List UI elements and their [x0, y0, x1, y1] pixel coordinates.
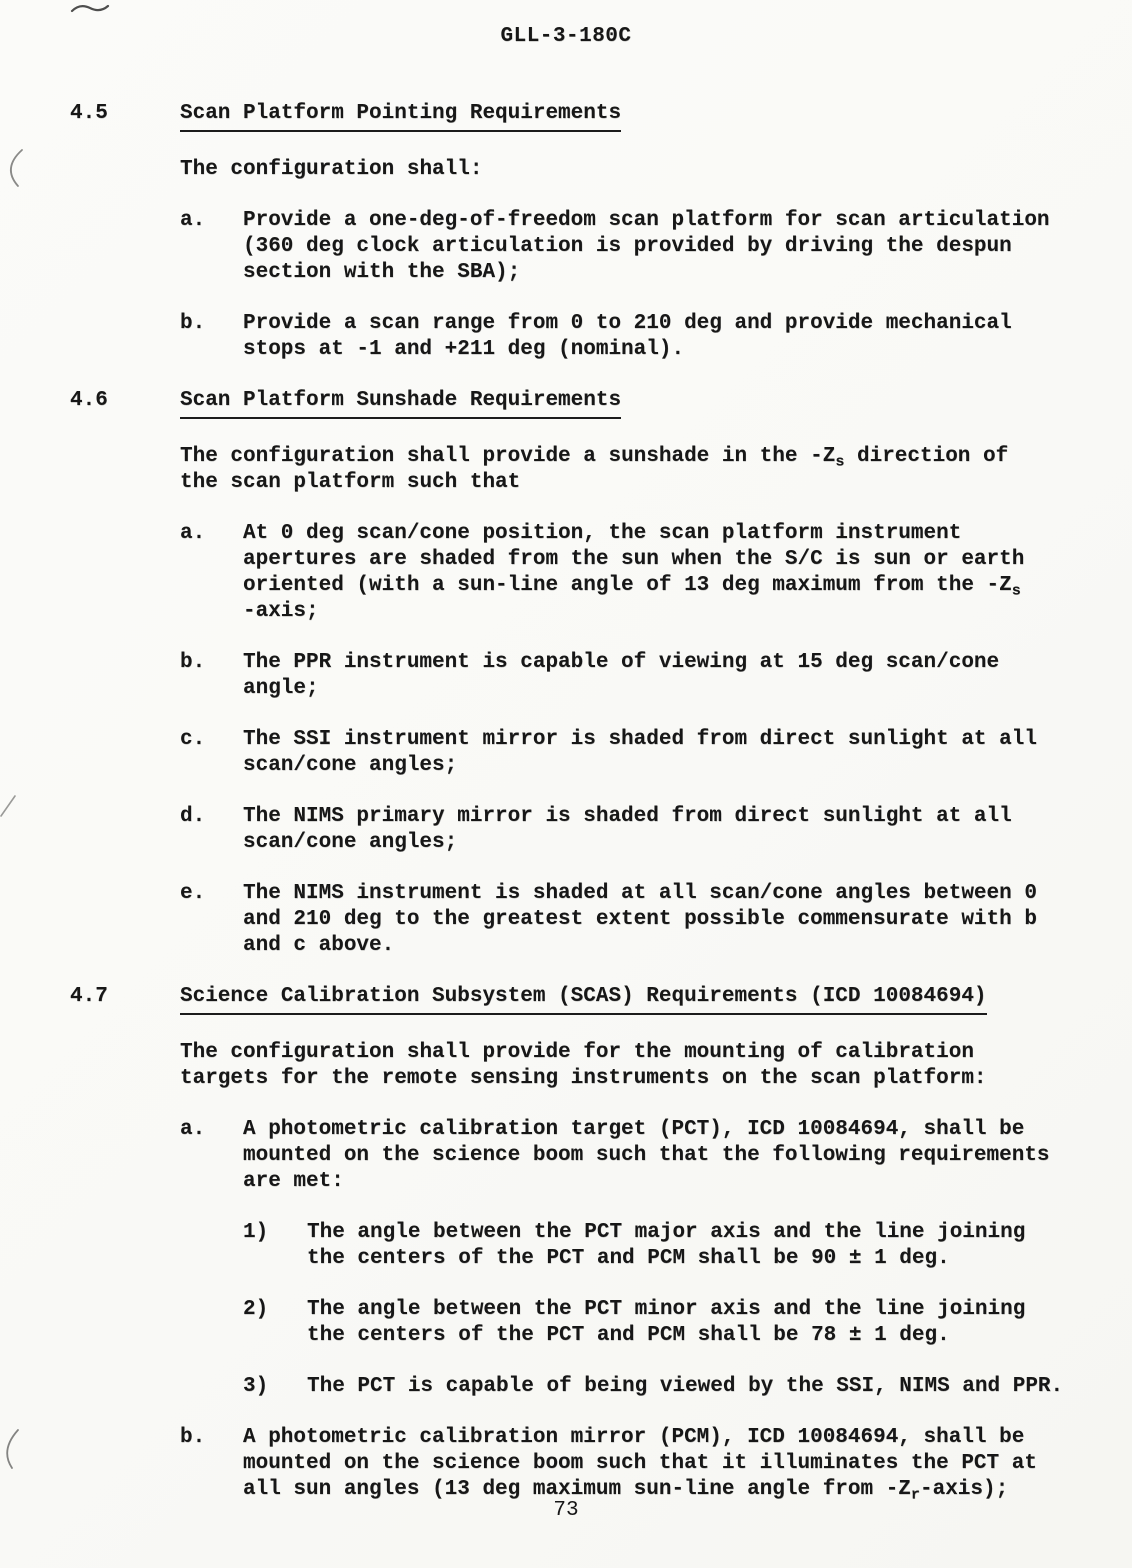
- page-curl-artifact-top: [0, 148, 26, 188]
- item-label: d.: [180, 804, 243, 856]
- doc-reference: GLL-3-180C: [0, 24, 1132, 50]
- item-text: The PPR instrument is capable of viewing…: [243, 650, 999, 702]
- item-label: a.: [180, 208, 243, 286]
- item-label: a.: [180, 1117, 243, 1195]
- item-text: A photometric calibration target (PCT), …: [243, 1117, 1050, 1195]
- subitem-text: The angle between the PCT minor axis and…: [307, 1297, 1025, 1349]
- item-text: Provide a scan range from 0 to 210 deg a…: [243, 311, 1012, 363]
- item-text: The NIMS primary mirror is shaded from d…: [243, 804, 1012, 856]
- section-4-7-intro: The configuration shall provide for the …: [180, 1040, 1108, 1092]
- list-item-a: a. At 0 deg scan/cone position, the scan…: [180, 521, 1108, 625]
- subitem-text: The angle between the PCT major axis and…: [307, 1220, 1025, 1272]
- item-label: b.: [180, 650, 243, 702]
- section-4-5-heading: 4.5 Scan Platform Pointing Requirements: [70, 101, 1108, 132]
- section-4-5-intro: The configuration shall:: [180, 157, 1108, 183]
- item-label: a.: [180, 521, 243, 625]
- section-title: Scan Platform Pointing Requirements: [180, 101, 621, 132]
- sublist-item-1: 1) The angle between the PCT major axis …: [243, 1220, 1108, 1272]
- subitem-label: 2): [243, 1297, 307, 1349]
- document-body: 4.5 Scan Platform Pointing Requirements …: [70, 101, 1108, 1503]
- section-number: 4.5: [70, 101, 180, 127]
- scanned-document-page: GLL-3-180C 4.5 Scan Platform Pointing Re…: [0, 0, 1132, 1568]
- sublist-item-3: 3) The PCT is capable of being viewed by…: [243, 1374, 1108, 1400]
- item-text: The NIMS instrument is shaded at all sca…: [243, 881, 1037, 959]
- list-item-d: d. The NIMS primary mirror is shaded fro…: [180, 804, 1108, 856]
- item-label: b.: [180, 1425, 243, 1503]
- item-label: b.: [180, 311, 243, 363]
- smudge-artifact-middle: [0, 792, 18, 818]
- section-4-7-heading: 4.7 Science Calibration Subsystem (SCAS)…: [70, 984, 1108, 1015]
- list-item-a: a. Provide a one-deg-of-freedom scan pla…: [180, 208, 1108, 286]
- page-number: 73: [0, 1498, 1132, 1524]
- section-number: 4.7: [70, 984, 180, 1010]
- list-item-c: c. The SSI instrument mirror is shaded f…: [180, 727, 1108, 779]
- section-number: 4.6: [70, 388, 180, 414]
- sublist-item-2: 2) The angle between the PCT minor axis …: [243, 1297, 1108, 1349]
- list-item-e: e. The NIMS instrument is shaded at all …: [180, 881, 1108, 959]
- item-label: e.: [180, 881, 243, 959]
- item-text: At 0 deg scan/cone position, the scan pl…: [243, 521, 1024, 625]
- subitem-text: The PCT is capable of being viewed by th…: [307, 1374, 1063, 1400]
- section-4-6-heading: 4.6 Scan Platform Sunshade Requirements: [70, 388, 1108, 419]
- section-4-6-intro: The configuration shall provide a sunsha…: [180, 444, 1108, 496]
- pen-mark-artifact: [70, 2, 110, 16]
- item-text: A photometric calibration mirror (PCM), …: [243, 1425, 1037, 1503]
- section-title: Scan Platform Sunshade Requirements: [180, 388, 621, 419]
- item-text: Provide a one-deg-of-freedom scan platfo…: [243, 208, 1050, 286]
- section-title: Science Calibration Subsystem (SCAS) Req…: [180, 984, 987, 1015]
- list-item-a: a. A photometric calibration target (PCT…: [180, 1117, 1108, 1195]
- subitem-label: 3): [243, 1374, 307, 1400]
- item-label: c.: [180, 727, 243, 779]
- list-item-b: b. The PPR instrument is capable of view…: [180, 650, 1108, 702]
- list-item-b: b. Provide a scan range from 0 to 210 de…: [180, 311, 1108, 363]
- item-text: The SSI instrument mirror is shaded from…: [243, 727, 1037, 779]
- subitem-label: 1): [243, 1220, 307, 1272]
- page-curl-artifact-bottom: [0, 1428, 22, 1470]
- list-item-b: b. A photometric calibration mirror (PCM…: [180, 1425, 1108, 1503]
